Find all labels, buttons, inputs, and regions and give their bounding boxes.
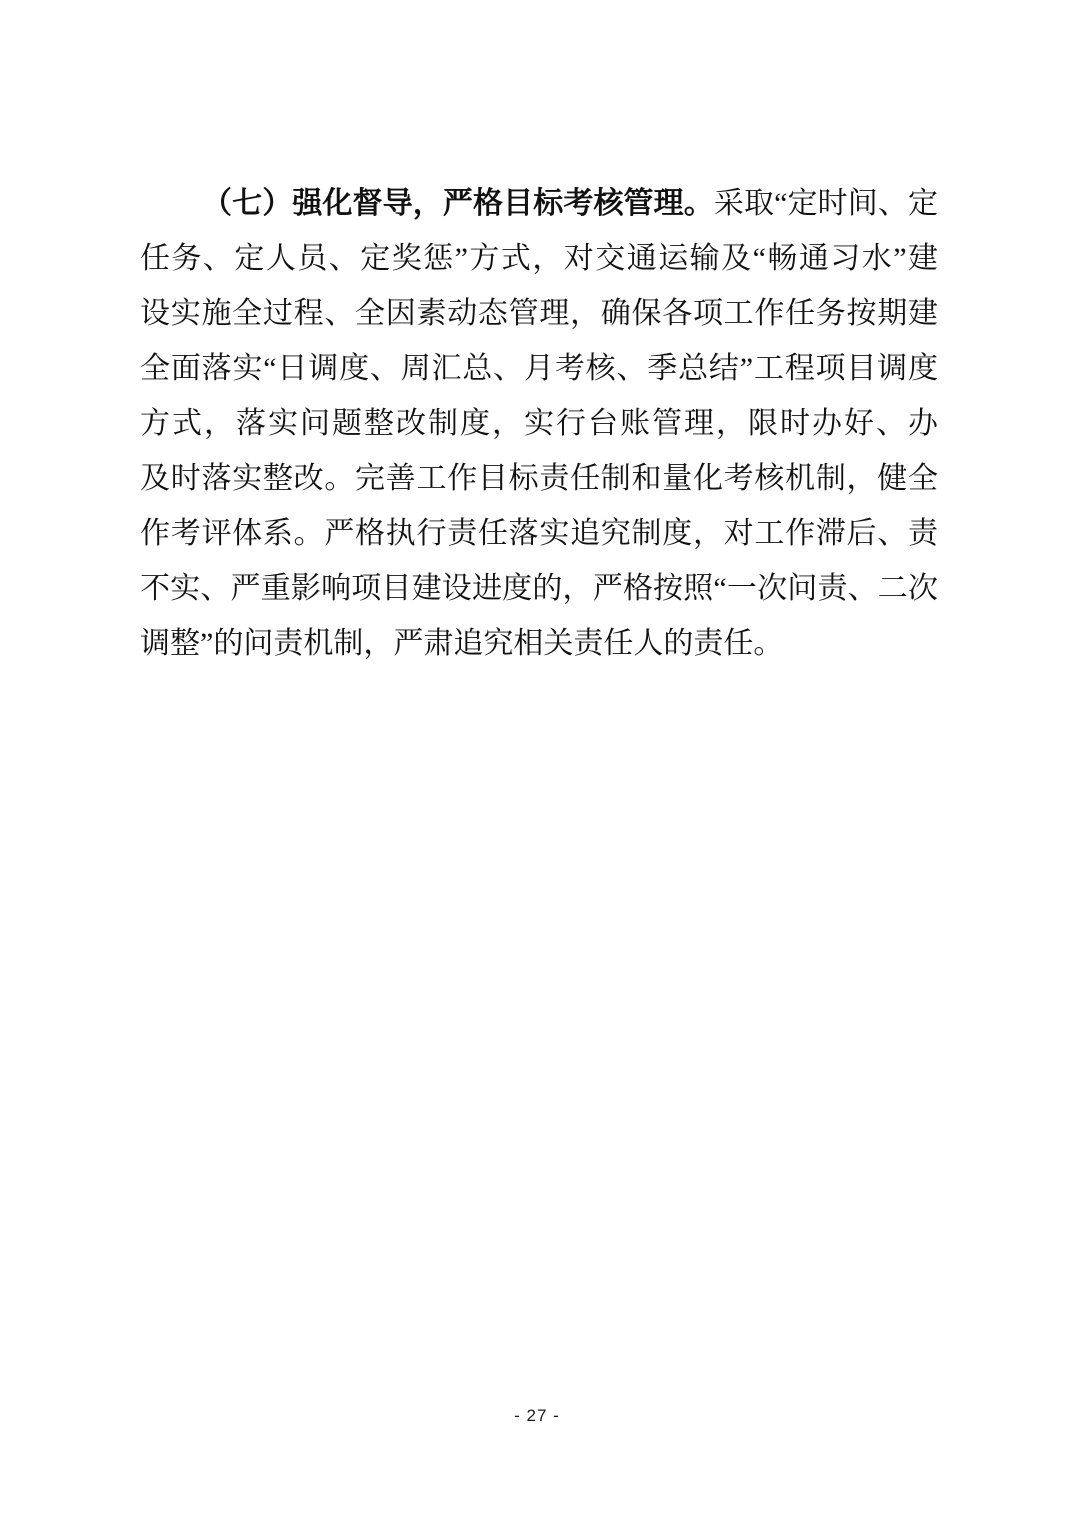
text-segment: 不实、严重影响项目建设进度的，严格按照“一次问责、二次 [140,572,938,605]
text-line: 任务、定人员、定奖惩”方式，对交通运输及“畅通习水”建 [140,231,938,286]
text-line: 全面落实“日调度、周汇总、月考核、季总结”工程项目调度 [140,341,938,396]
text-line: 方式，落实问题整改制度，实行台账管理，限时办好、办结， [140,396,938,451]
text-segment: 调整”的问责机制，严肃追究相关责任人的责任。 [140,627,783,660]
text-line: 调整”的问责机制，严肃追究相关责任人的责任。 [140,616,938,671]
text-segment: 采取“定时间、定 [714,187,938,220]
text-segment: 全面落实“日调度、周汇总、月考核、季总结”工程项目调度 [140,352,938,385]
text-segment: 设实施全过程、全因素动态管理，确保各项工作任务按期建成。 [140,297,938,341]
text-segment: 方式，落实问题整改制度，实行台账管理，限时办好、办结， [140,407,938,451]
heading-segment: （七）强化督导，严格目标考核管理。 [202,187,714,220]
text-line: 不实、严重影响项目建设进度的，严格按照“一次问责、二次 [140,561,938,616]
page-number: - 27 - [0,1406,1074,1426]
text-segment: 任务、定人员、定奖惩”方式，对交通运输及“畅通习水”建 [140,242,938,275]
text-line: 及时落实整改。完善工作目标责任制和量化考核机制，健全工 [140,451,938,506]
text-line: （七）强化督导，严格目标考核管理。采取“定时间、定 [140,176,938,231]
text-segment: 作考评体系。严格执行责任落实追究制度，对工作滞后、责任 [140,517,938,561]
text-line: 作考评体系。严格执行责任落实追究制度，对工作滞后、责任 [140,506,938,561]
text-line: 设实施全过程、全因素动态管理，确保各项工作任务按期建成。 [140,286,938,341]
paragraph: （七）强化督导，严格目标考核管理。采取“定时间、定任务、定人员、定奖惩”方式，对… [140,176,938,671]
document-page: （七）强化督导，严格目标考核管理。采取“定时间、定任务、定人员、定奖惩”方式，对… [0,0,1074,1520]
text-segment: 及时落实整改。完善工作目标责任制和量化考核机制，健全工 [140,462,938,506]
